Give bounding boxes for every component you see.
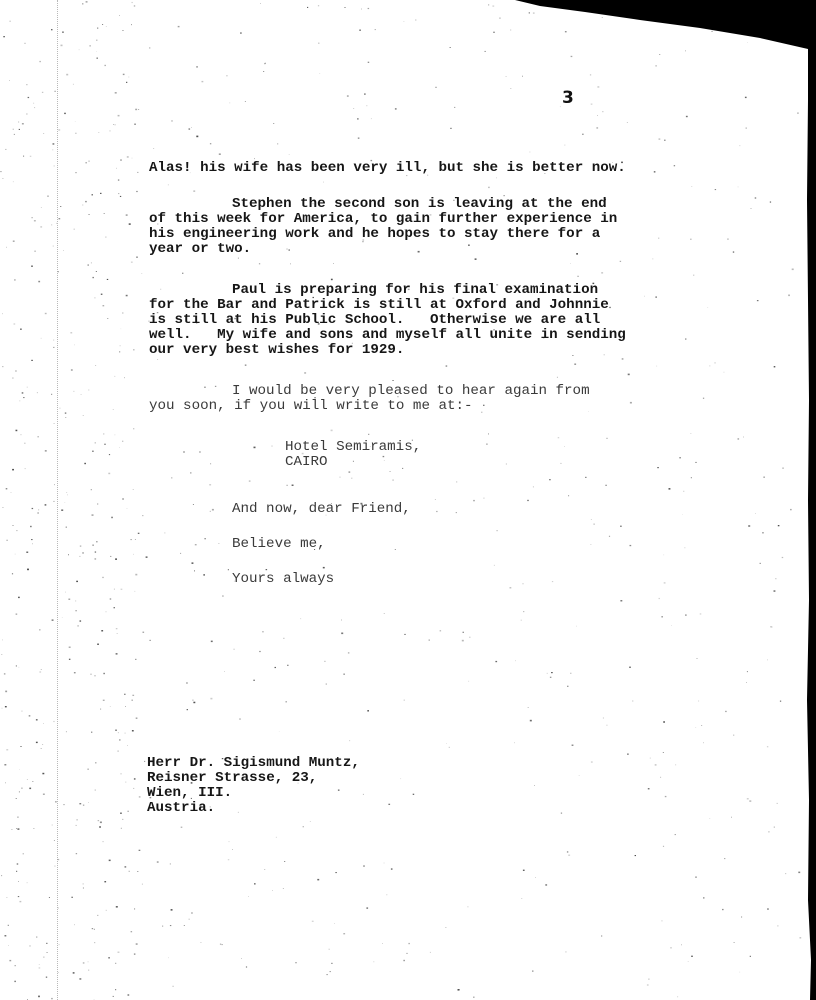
closing-salutation: And now, dear Friend, bbox=[232, 502, 411, 517]
body-line: well. My wife and sons and myself all un… bbox=[149, 328, 626, 343]
scan-noise bbox=[0, 0, 816, 1000]
return-address-line: Hotel Semiramis, bbox=[285, 440, 421, 455]
body-line: Alas! his wife has been very ill, but sh… bbox=[149, 161, 626, 176]
recipient-address-line: Herr Dr. Sigismund Muntz, bbox=[147, 756, 360, 771]
body-line: Stephen the second son is leaving at the… bbox=[232, 197, 607, 212]
body-line: his engineering work and he hopes to sta… bbox=[149, 227, 600, 242]
body-line: for the Bar and Patrick is still at Oxfo… bbox=[149, 298, 609, 313]
fold-line bbox=[57, 0, 58, 1000]
body-line: I would be very pleased to hear again fr… bbox=[232, 384, 590, 399]
body-line: of this week for America, to gain furthe… bbox=[149, 212, 617, 227]
closing-believe-me: Believe me, bbox=[232, 537, 326, 552]
body-line: you soon, if you will write to me at:- bbox=[149, 399, 473, 414]
recipient-address-line: Austria. bbox=[147, 801, 215, 816]
body-line: Paul is preparing for his final examinat… bbox=[232, 283, 598, 298]
return-address-line: CAIRO bbox=[285, 455, 328, 470]
scan-shadow-top-right bbox=[0, 0, 816, 60]
body-line: year or two. bbox=[149, 242, 251, 257]
letter-page: 3 Alas! his wife has been very ill, but … bbox=[0, 0, 816, 1000]
recipient-address-line: Reisner Strasse, 23, bbox=[147, 771, 317, 786]
recipient-address-line: Wien, III. bbox=[147, 786, 232, 801]
closing-yours-always: Yours always bbox=[232, 572, 334, 587]
scan-shadow-right-edge bbox=[796, 0, 816, 1000]
body-line: is still at his Public School. Otherwise… bbox=[149, 313, 600, 328]
page-number: 3 bbox=[562, 88, 574, 108]
body-line: our very best wishes for 1929. bbox=[149, 343, 404, 358]
